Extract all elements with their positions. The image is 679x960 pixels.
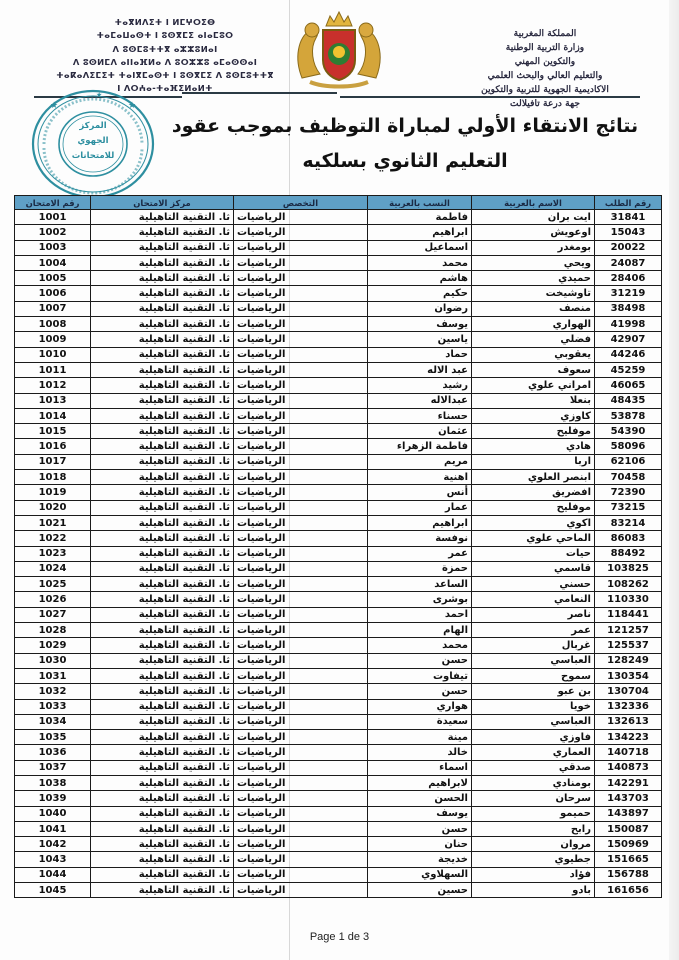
application-number-cell: 83214 (595, 515, 662, 530)
table-row: 46065امراني علويرشيدالرياضياتثا. التقنية… (15, 378, 662, 393)
application-number-cell: 110330 (595, 592, 662, 607)
table-row: 142291بومناديلابراهيمالرياضياتثا. التقني… (15, 775, 662, 790)
application-number-cell: 73215 (595, 500, 662, 515)
specialty-cell: الرياضيات (234, 867, 368, 882)
specialty-cell: الرياضيات (234, 500, 368, 515)
exam-center-cell: ثا. التقنية التاهيلية (91, 271, 234, 286)
document-page: ⵜⴰⴳⵍⴷⵉⵜ ⵏ ⵍⵎⵖⵔⵉⴱ ⵜⴰⵎⴰⵡⴰⵙⵜ ⵏ ⵓⵙⴳⵎⵉ ⴰⵏⴰⵎⵓⵔ… (0, 0, 679, 960)
specialty-cell: الرياضيات (234, 760, 368, 775)
table-header-row: رقم الطلب الاسم بالعربية النسب بالعربية … (15, 196, 662, 210)
application-number-cell: 140718 (595, 745, 662, 760)
exam-number-cell: 1028 (15, 623, 91, 638)
last-name-cell: العماري (472, 745, 595, 760)
exam-number-cell: 1008 (15, 317, 91, 332)
exam-number-cell: 1040 (15, 806, 91, 821)
specialty-cell: الرياضيات (234, 791, 368, 806)
last-name-cell: سعوف (472, 362, 595, 377)
last-name-cell: حيات (472, 546, 595, 561)
exam-center-cell: ثا. التقنية التاهيلية (91, 867, 234, 882)
exam-center-cell: ثا. التقنية التاهيلية (91, 775, 234, 790)
exam-number-cell: 1022 (15, 531, 91, 546)
last-name-cell: ناصر (472, 607, 595, 622)
exam-number-cell: 1041 (15, 821, 91, 836)
table-row: 161656بادوحسينالرياضياتثا. التقنية التاه… (15, 883, 662, 898)
table-row: 128249العباسيحسنالرياضياتثا. التقنية الت… (15, 653, 662, 668)
application-number-cell: 31219 (595, 286, 662, 301)
last-name-cell: جطيوي (472, 852, 595, 867)
specialty-cell: الرياضيات (234, 653, 368, 668)
last-name-cell: موفليح (472, 424, 595, 439)
table-row: 156788فؤادالسهلاويالرياضياتثا. التقنية ا… (15, 867, 662, 882)
exam-number-cell: 1043 (15, 852, 91, 867)
last-name-cell: اكوي (472, 515, 595, 530)
exam-center-cell: ثا. التقنية التاهيلية (91, 286, 234, 301)
specialty-cell: الرياضيات (234, 592, 368, 607)
last-name-cell: بومغدر (472, 240, 595, 255)
exam-center-cell: ثا. التقنية التاهيلية (91, 883, 234, 898)
last-name-cell: هادي (472, 439, 595, 454)
last-name-cell: ايت بران (472, 210, 595, 225)
first-name-cell: الحسن (368, 791, 472, 806)
specialty-cell: الرياضيات (234, 623, 368, 638)
application-number-cell: 20022 (595, 240, 662, 255)
table-row: 121257عمرالهامالرياضياتثا. التقنية التاه… (15, 623, 662, 638)
last-name-cell: تاوشيخت (472, 286, 595, 301)
exam-number-cell: 1032 (15, 684, 91, 699)
application-number-cell: 132336 (595, 699, 662, 714)
exam-number-cell: 1026 (15, 592, 91, 607)
exam-number-cell: 1019 (15, 485, 91, 500)
exam-number-cell: 1030 (15, 653, 91, 668)
exam-number-cell: 1024 (15, 561, 91, 576)
header-tifinagh-line: ⴷ ⵓⵙⵎⵓⵜⵜⴳ ⴰⵣⵣⵓⵍⴰⵏ (40, 43, 290, 56)
application-number-cell: 108262 (595, 577, 662, 592)
exam-center-cell: ثا. التقنية التاهيلية (91, 485, 234, 500)
first-name-cell: عثمان (368, 424, 472, 439)
exam-number-cell: 1004 (15, 255, 91, 270)
first-name-cell: فاطمة (368, 210, 472, 225)
first-name-cell: اسماء (368, 760, 472, 775)
results-table: رقم الطلب الاسم بالعربية النسب بالعربية … (14, 195, 662, 898)
exam-center-cell: ثا. التقنية التاهيلية (91, 561, 234, 576)
specialty-cell: الرياضيات (234, 378, 368, 393)
document-title: نتائج الانتقاء الأولي لمباراة التوظيف بم… (140, 115, 670, 137)
header-tifinagh-block: ⵜⴰⴳⵍⴷⵉⵜ ⵏ ⵍⵎⵖⵔⵉⴱ ⵜⴰⵎⴰⵡⴰⵙⵜ ⵏ ⵓⵙⴳⵎⵉ ⴰⵏⴰⵎⵓⵔ… (40, 16, 290, 96)
last-name-cell: قاسمي (472, 561, 595, 576)
exam-number-cell: 1025 (15, 577, 91, 592)
specialty-cell: الرياضيات (234, 699, 368, 714)
specialty-cell: الرياضيات (234, 255, 368, 270)
column-header-application-number: رقم الطلب (595, 196, 662, 210)
table-row: 38498منصفرضوانالرياضياتثا. التقنية التاه… (15, 301, 662, 316)
exam-number-cell: 1042 (15, 837, 91, 852)
table-row: 130354سموحتيفاوتالرياضياتثا. التقنية الت… (15, 668, 662, 683)
specialty-cell: الرياضيات (234, 317, 368, 332)
table-row: 48435بنعلاعبدالالهالرياضياتثا. التقنية ا… (15, 393, 662, 408)
last-name-cell: الهواري (472, 317, 595, 332)
table-row: 151665جطيويخديجةالرياضياتثا. التقنية الت… (15, 852, 662, 867)
application-number-cell: 150087 (595, 821, 662, 836)
last-name-cell: عمر (472, 623, 595, 638)
column-header-exam-number: رقم الامتحان (15, 196, 91, 210)
last-name-cell: سموح (472, 668, 595, 683)
exam-center-cell: ثا. التقنية التاهيلية (91, 837, 234, 852)
first-name-cell: عبد الاله (368, 362, 472, 377)
svg-text:★: ★ (50, 101, 58, 111)
page-number: Page 1 de 3 (0, 931, 679, 943)
exam-number-cell: 1015 (15, 424, 91, 439)
last-name-cell: بن عبو (472, 684, 595, 699)
last-name-cell: ابنصر العلوي (472, 470, 595, 485)
specialty-cell: الرياضيات (234, 837, 368, 852)
exam-center-cell: ثا. التقنية التاهيلية (91, 301, 234, 316)
table-row: 143703سرحانالحسنالرياضياتثا. التقنية الت… (15, 791, 662, 806)
exam-number-cell: 1027 (15, 607, 91, 622)
exam-number-cell: 1035 (15, 730, 91, 745)
first-name-cell: عمر (368, 546, 472, 561)
last-name-cell: النعامي (472, 592, 595, 607)
first-name-cell: السهلاوي (368, 867, 472, 882)
last-name-cell: مروان (472, 837, 595, 852)
specialty-cell: الرياضيات (234, 286, 368, 301)
first-name-cell: احمد (368, 607, 472, 622)
header-tifinagh-line: ⵜⴰⵎⴰⵡⴰⵙⵜ ⵏ ⵓⵙⴳⵎⵉ ⴰⵏⴰⵎⵓⵔ (40, 29, 290, 42)
exam-number-cell: 1020 (15, 500, 91, 515)
specialty-cell: الرياضيات (234, 424, 368, 439)
table-row: 88492حياتعمرالرياضياتثا. التقنية التاهيل… (15, 546, 662, 561)
first-name-cell: حكيم (368, 286, 472, 301)
exam-center-cell: ثا. التقنية التاهيلية (91, 362, 234, 377)
first-name-cell: محمد (368, 255, 472, 270)
last-name-cell: بنعلا (472, 393, 595, 408)
first-name-cell: اسماعيل (368, 240, 472, 255)
exam-center-cell: ثا. التقنية التاهيلية (91, 577, 234, 592)
last-name-cell: امراني علوي (472, 378, 595, 393)
specialty-cell: الرياضيات (234, 714, 368, 729)
application-number-cell: 86083 (595, 531, 662, 546)
exam-center-cell: ثا. التقنية التاهيلية (91, 225, 234, 240)
last-name-cell: موفليح (472, 500, 595, 515)
header-tifinagh-line: ⴷ ⵓⵙⵍⵎⴷ ⴰⵏⵏⴰⴼⵍⴰ ⴷ ⵓⵔⵣⵣⵓ ⴰⵎⴰⵙⵙⴰⵏ (40, 56, 290, 69)
table-row: 125537غربالمحمدالرياضياتثا. التقنية التا… (15, 638, 662, 653)
first-name-cell: حنان (368, 837, 472, 852)
specialty-cell: الرياضيات (234, 730, 368, 745)
first-name-cell: ابراهيم (368, 225, 472, 240)
application-number-cell: 44246 (595, 347, 662, 362)
column-header-last-name: الاسم بالعربية (472, 196, 595, 210)
exam-center-cell: ثا. التقنية التاهيلية (91, 240, 234, 255)
specialty-cell: الرياضيات (234, 393, 368, 408)
specialty-cell: الرياضيات (234, 515, 368, 530)
specialty-cell: الرياضيات (234, 821, 368, 836)
application-number-cell: 118441 (595, 607, 662, 622)
exam-center-cell: ثا. التقنية التاهيلية (91, 255, 234, 270)
exam-number-cell: 1009 (15, 332, 91, 347)
exam-number-cell: 1037 (15, 760, 91, 775)
first-name-cell: حماد (368, 347, 472, 362)
table-row: 15043اوعويشابراهيمالرياضياتثا. التقنية ا… (15, 225, 662, 240)
exam-number-cell: 1034 (15, 714, 91, 729)
last-name-cell: كاوزي (472, 408, 595, 423)
exam-number-cell: 1021 (15, 515, 91, 530)
exam-center-cell: ثا. التقنية التاهيلية (91, 852, 234, 867)
header-divider-left-raised (182, 92, 337, 94)
exam-center-cell: ثا. التقنية التاهيلية (91, 699, 234, 714)
column-header-first-name: النسب بالعربية (368, 196, 472, 210)
first-name-cell: حسن (368, 821, 472, 836)
specialty-cell: الرياضيات (234, 332, 368, 347)
table-row: 53878كاوزيحسناءالرياضياتثا. التقنية التا… (15, 408, 662, 423)
header-arabic-line: والتعليم العالي والبحث العلمي (430, 69, 660, 83)
exam-center-cell: ثا. التقنية التاهيلية (91, 745, 234, 760)
specialty-cell: الرياضيات (234, 684, 368, 699)
first-name-cell: خديجة (368, 852, 472, 867)
specialty-cell: الرياضيات (234, 225, 368, 240)
last-name-cell: العباسي (472, 653, 595, 668)
last-name-cell: صدقي (472, 760, 595, 775)
application-number-cell: 54390 (595, 424, 662, 439)
exam-center-cell: ثا. التقنية التاهيلية (91, 668, 234, 683)
exam-center-cell: ثا. التقنية التاهيلية (91, 607, 234, 622)
specialty-cell: الرياضيات (234, 347, 368, 362)
specialty-cell: الرياضيات (234, 470, 368, 485)
exam-number-cell: 1007 (15, 301, 91, 316)
application-number-cell: 143703 (595, 791, 662, 806)
last-name-cell: يعقوبي (472, 347, 595, 362)
last-name-cell: فؤاد (472, 867, 595, 882)
application-number-cell: 38498 (595, 301, 662, 316)
exam-number-cell: 1023 (15, 546, 91, 561)
last-name-cell: اربا (472, 454, 595, 469)
first-name-cell: اهنية (368, 470, 472, 485)
exam-center-cell: ثا. التقنية التاهيلية (91, 500, 234, 515)
table-row: 54390موفليحعثمانالرياضياتثا. التقنية الت… (15, 424, 662, 439)
exam-number-cell: 1006 (15, 286, 91, 301)
specialty-cell: الرياضيات (234, 301, 368, 316)
table-row: 42907فضليياسينالرياضياتثا. التقنية التاه… (15, 332, 662, 347)
exam-center-cell: ثا. التقنية التاهيلية (91, 806, 234, 821)
first-name-cell: تيفاوت (368, 668, 472, 683)
application-number-cell: 156788 (595, 867, 662, 882)
application-number-cell: 143897 (595, 806, 662, 821)
specialty-cell: الرياضيات (234, 745, 368, 760)
table-row: 132336خوياهواريالرياضياتثا. التقنية التا… (15, 699, 662, 714)
exam-center-cell: ثا. التقنية التاهيلية (91, 791, 234, 806)
svg-text:★: ★ (128, 101, 136, 111)
header-arabic-block: المملكة المغربية وزارة التربية الوطنية و… (430, 27, 660, 111)
exam-number-cell: 1003 (15, 240, 91, 255)
specialty-cell: الرياضيات (234, 561, 368, 576)
application-number-cell: 46065 (595, 378, 662, 393)
moroccan-coat-of-arms-icon (290, 8, 388, 92)
first-name-cell: الساعد (368, 577, 472, 592)
exam-center-cell: ثا. التقنية التاهيلية (91, 623, 234, 638)
exam-center-cell: ثا. التقنية التاهيلية (91, 210, 234, 225)
table-row: 70458ابنصر العلوياهنيةالرياضياتثا. التقن… (15, 470, 662, 485)
exam-number-cell: 1036 (15, 745, 91, 760)
exam-center-cell: ثا. التقنية التاهيلية (91, 378, 234, 393)
results-table-body: 31841ايت برانفاطمةالرياضياتثا. التقنية ا… (15, 210, 662, 898)
last-name-cell: ويحي (472, 255, 595, 270)
last-name-cell: اوعويش (472, 225, 595, 240)
exam-number-cell: 1012 (15, 378, 91, 393)
last-name-cell: حميدي (472, 271, 595, 286)
first-name-cell: رشيد (368, 378, 472, 393)
application-number-cell: 58096 (595, 439, 662, 454)
table-row: 132613العباسيسعيدةالرياضياتثا. التقنية ا… (15, 714, 662, 729)
application-number-cell: 140873 (595, 760, 662, 775)
exam-center-cell: ثا. التقنية التاهيلية (91, 592, 234, 607)
specialty-cell: الرياضيات (234, 439, 368, 454)
exam-number-cell: 1016 (15, 439, 91, 454)
first-name-cell: أنس (368, 485, 472, 500)
last-name-cell: منصف (472, 301, 595, 316)
application-number-cell: 125537 (595, 638, 662, 653)
application-number-cell: 142291 (595, 775, 662, 790)
table-row: 41998الهوارييوسفالرياضياتثا. التقنية الت… (15, 317, 662, 332)
specialty-cell: الرياضيات (234, 454, 368, 469)
specialty-cell: الرياضيات (234, 210, 368, 225)
table-row: 150087رابححسنالرياضياتثا. التقنية التاهي… (15, 821, 662, 836)
column-header-specialty: التخصص (234, 196, 368, 210)
specialty-cell: الرياضيات (234, 546, 368, 561)
table-row: 31841ايت برانفاطمةالرياضياتثا. التقنية ا… (15, 210, 662, 225)
exam-center-cell: ثا. التقنية التاهيلية (91, 730, 234, 745)
specialty-cell: الرياضيات (234, 408, 368, 423)
specialty-cell: الرياضيات (234, 883, 368, 898)
seal-center-text: المركز الجهوي للامتحانات (62, 119, 124, 164)
first-name-cell: خالد (368, 745, 472, 760)
first-name-cell: هواري (368, 699, 472, 714)
application-number-cell: 62106 (595, 454, 662, 469)
last-name-cell: فضلي (472, 332, 595, 347)
table-row: 58096هاديفاطمة الزهراءالرياضياتثا. التقن… (15, 439, 662, 454)
seal-line: للامتحانات (62, 149, 124, 164)
first-name-cell: الهام (368, 623, 472, 638)
specialty-cell: الرياضيات (234, 485, 368, 500)
first-name-cell: حسناء (368, 408, 472, 423)
seal-line: المركز (62, 119, 124, 134)
header-arabic-line: المملكة المغربية (430, 27, 660, 41)
exam-number-cell: 1011 (15, 362, 91, 377)
header-arabic-line: الاكاديمية الجهوية للتربية والتكوين (430, 83, 660, 97)
first-name-cell: نوفسة (368, 531, 472, 546)
table-row: 73215موفليحعمارالرياضياتثا. التقنية التا… (15, 500, 662, 515)
specialty-cell: الرياضيات (234, 362, 368, 377)
exam-center-cell: ثا. التقنية التاهيلية (91, 424, 234, 439)
seal-line: الجهوي (62, 134, 124, 149)
application-number-cell: 150969 (595, 837, 662, 852)
first-name-cell: سعيدة (368, 714, 472, 729)
exam-number-cell: 1031 (15, 668, 91, 683)
document-subtitle: التعليم الثانوي بسلكيه (140, 150, 670, 172)
table-row: 130704بن عبوحسنالرياضياتثا. التقنية التا… (15, 684, 662, 699)
table-row: 31219تاوشيختحكيمالرياضياتثا. التقنية الت… (15, 286, 662, 301)
specialty-cell: الرياضيات (234, 577, 368, 592)
first-name-cell: حسن (368, 653, 472, 668)
exam-center-cell: ثا. التقنية التاهيلية (91, 408, 234, 423)
last-name-cell: فاوزي (472, 730, 595, 745)
header-tifinagh-line: ⵜⴰⴽⴰⴷⵉⵎⵉⵜ ⵜⴰⵏⴳⵎⴰⵙⵜ ⵏ ⵓⵙⴳⵎⵉ ⴷ ⵓⵙⵎⵓⵜⵜⴳ (40, 69, 290, 82)
application-number-cell: 28406 (595, 271, 662, 286)
first-name-cell: عبدالاله (368, 393, 472, 408)
first-name-cell: يوسف (368, 317, 472, 332)
application-number-cell: 128249 (595, 653, 662, 668)
application-number-cell: 103825 (595, 561, 662, 576)
exam-number-cell: 1005 (15, 271, 91, 286)
last-name-cell: حميمو (472, 806, 595, 821)
exam-center-cell: ثا. التقنية التاهيلية (91, 653, 234, 668)
first-name-cell: لابراهيم (368, 775, 472, 790)
specialty-cell: الرياضيات (234, 668, 368, 683)
last-name-cell: افضريق (472, 485, 595, 500)
header-arabic-line: والتكوين المهني (430, 55, 660, 69)
header-tifinagh-line: ⵜⴰⴳⵍⴷⵉⵜ ⵏ ⵍⵎⵖⵔⵉⴱ (40, 16, 290, 29)
table-row: 103825قاسميحمزةالرياضياتثا. التقنية التا… (15, 561, 662, 576)
exam-center-cell: ثا. التقنية التاهيلية (91, 454, 234, 469)
header-arabic-line: جهة درعة تافيلالت (430, 97, 660, 111)
first-name-cell: حسن (368, 684, 472, 699)
first-name-cell: مينة (368, 730, 472, 745)
exam-number-cell: 1033 (15, 699, 91, 714)
exam-center-cell: ثا. التقنية التاهيلية (91, 332, 234, 347)
table-row: 45259سعوفعبد الالهالرياضياتثا. التقنية ا… (15, 362, 662, 377)
application-number-cell: 130354 (595, 668, 662, 683)
application-number-cell: 72390 (595, 485, 662, 500)
exam-number-cell: 1044 (15, 867, 91, 882)
first-name-cell: هاشم (368, 271, 472, 286)
first-name-cell: فاطمة الزهراء (368, 439, 472, 454)
specialty-cell: الرياضيات (234, 531, 368, 546)
exam-number-cell: 1013 (15, 393, 91, 408)
exam-number-cell: 1018 (15, 470, 91, 485)
application-number-cell: 48435 (595, 393, 662, 408)
table-row: 108262حسنيالساعدالرياضياتثا. التقنية الت… (15, 577, 662, 592)
table-row: 134223فاوزيمينةالرياضياتثا. التقنية التا… (15, 730, 662, 745)
application-number-cell: 151665 (595, 852, 662, 867)
first-name-cell: حسين (368, 883, 472, 898)
table-row: 86083الماحي علوينوفسةالرياضياتثا. التقني… (15, 531, 662, 546)
exam-center-cell: ثا. التقنية التاهيلية (91, 470, 234, 485)
exam-number-cell: 1010 (15, 347, 91, 362)
page-edge-shadow (669, 0, 679, 960)
table-row: 20022بومغدراسماعيلالرياضياتثا. التقنية ا… (15, 240, 662, 255)
application-number-cell: 134223 (595, 730, 662, 745)
application-number-cell: 15043 (595, 225, 662, 240)
application-number-cell: 161656 (595, 883, 662, 898)
first-name-cell: رضوان (368, 301, 472, 316)
application-number-cell: 24087 (595, 255, 662, 270)
specialty-cell: الرياضيات (234, 852, 368, 867)
application-number-cell: 41998 (595, 317, 662, 332)
last-name-cell: حسني (472, 577, 595, 592)
first-name-cell: عمار (368, 500, 472, 515)
application-number-cell: 45259 (595, 362, 662, 377)
specialty-cell: الرياضيات (234, 775, 368, 790)
last-name-cell: سرحان (472, 791, 595, 806)
exam-center-cell: ثا. التقنية التاهيلية (91, 531, 234, 546)
table-row: 150969مروانحنانالرياضياتثا. التقنية التا… (15, 837, 662, 852)
application-number-cell: 121257 (595, 623, 662, 638)
exam-number-cell: 1039 (15, 791, 91, 806)
exam-number-cell: 1029 (15, 638, 91, 653)
exam-number-cell: 1002 (15, 225, 91, 240)
header-divider-right (340, 96, 640, 98)
exam-center-cell: ثا. التقنية التاهيلية (91, 638, 234, 653)
exam-center-cell: ثا. التقنية التاهيلية (91, 393, 234, 408)
table-row: 143897حميمويوسفالرياضياتثا. التقنية التا… (15, 806, 662, 821)
exam-number-cell: 1045 (15, 883, 91, 898)
